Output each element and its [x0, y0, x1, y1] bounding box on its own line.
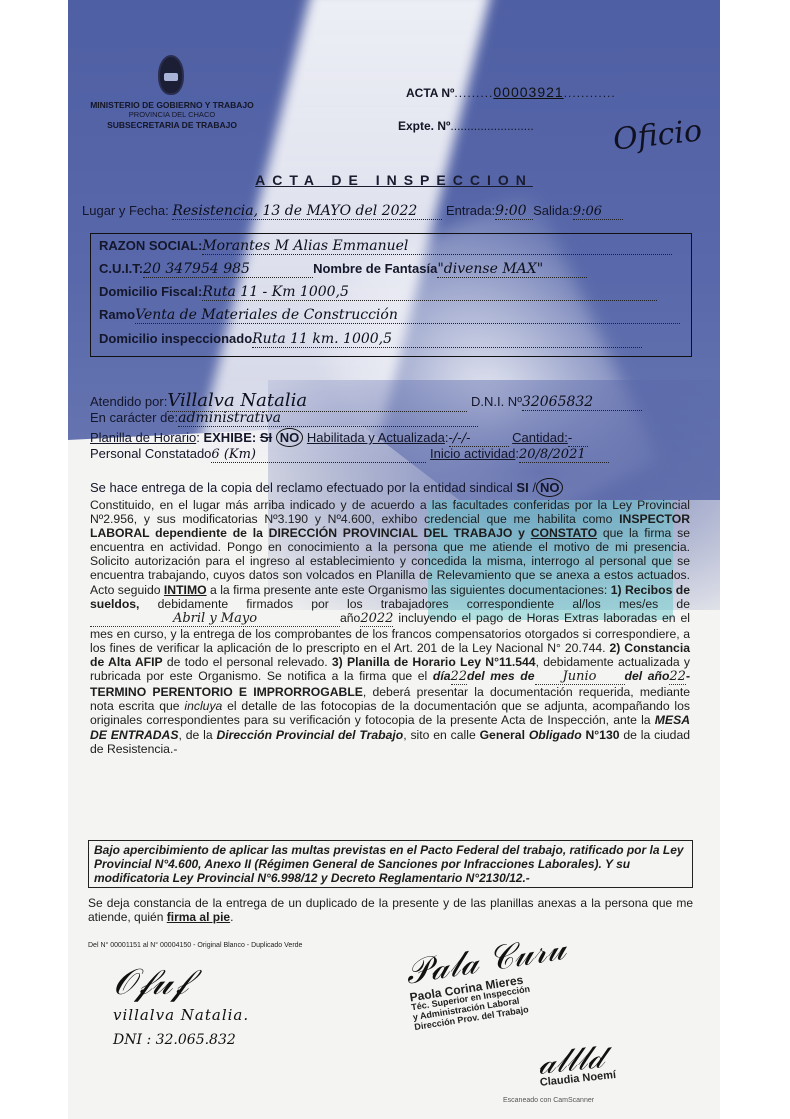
cantidad-label: Cantidad: [512, 430, 568, 445]
meses-value: Abril y Mayo [90, 612, 340, 627]
signature-attended: 𝒪𝒻𝓊𝒻 villalva Natalia. DNI : 32.065.832 [113, 962, 249, 1048]
domicilio-fiscal-value: Ruta 11 - Km 1000,5 [202, 284, 657, 301]
caracter-row: En carácter de:administrativa [90, 410, 478, 427]
domicilio-inspeccionado-row: Domicilio inspeccionadoRuta 11 km. 1000,… [99, 331, 642, 348]
salida-value: 9:06 [573, 204, 623, 220]
domicilio-fiscal-label: Domicilio Fiscal: [99, 284, 202, 299]
province-name: PROVINCIA DEL CHACO [72, 110, 272, 120]
dni-value: 32065832 [522, 394, 642, 411]
dia-label: día [433, 669, 451, 683]
signature-scribble: 𝒪𝒻𝓊𝒻 [113, 962, 249, 1004]
atendido-value: Villalva Natalia [167, 390, 467, 412]
acta-number-field: ACTA Nº.........00003921............ [406, 84, 616, 100]
personal-row: Personal Constatado6 (Km) Inicio activid… [90, 446, 609, 463]
empresa-box: RAZON SOCIAL:Morantes M Alias Emmanuel C… [90, 233, 692, 357]
domicilio-fiscal-row: Domicilio Fiscal:Ruta 11 - Km 1000,5 [99, 284, 657, 301]
body-obligado: Obligado [529, 728, 582, 742]
acta-number: 00003921 [493, 84, 563, 100]
ministry-name: MINISTERIO DE GOBIERNO Y TRABAJO [72, 100, 272, 110]
inspection-document: MINISTERIO DE GOBIERNO Y TRABAJO PROVINC… [68, 0, 720, 1119]
argentina-coat-of-arms-icon [158, 55, 184, 95]
domicilio-insp-label: Domicilio inspeccionado [99, 331, 252, 346]
caracter-value: administrativa [178, 410, 478, 427]
body-general: General [480, 728, 525, 742]
razon-social-value: Morantes M Alias Emmanuel [202, 238, 672, 255]
signature-inspector: 𝒫𝒶𝓁𝒶 𝒞𝓊𝓇𝓊 Paola Corina Mieres Téc. Super… [403, 928, 575, 1032]
personal-label: Personal Constatado [90, 446, 211, 461]
expte-label: Expte. Nº [398, 119, 450, 133]
expte-value: Oficio [611, 113, 703, 157]
planilla-label: Planilla de Horario [90, 430, 196, 445]
caracter-label: En carácter de: [90, 410, 178, 425]
body-paragraph: Constituido, en el lugar más arriba indi… [90, 498, 690, 756]
constancia-end: . [230, 910, 233, 924]
domicilio-insp-value: Ruta 11 km. 1000,5 [252, 331, 642, 348]
dia-value: 22 [451, 669, 468, 685]
subsecretaria-name: SUBSECRETARIA DE TRABAJO [72, 120, 272, 130]
entrada-value: 9:00 [495, 203, 533, 220]
signature-second-inspector: 𝒶𝓁𝓁𝓁𝒹 Claudia Noemí [536, 1036, 617, 1089]
page-title: ACTA DE INSPECCION [68, 172, 720, 188]
ministry-header: MINISTERIO DE GOBIERNO Y TRABAJO PROVINC… [72, 100, 272, 130]
inicio-value: 20/8/2021 [519, 447, 609, 463]
razon-social-row: RAZON SOCIAL:Morantes M Alias Emmanuel [99, 238, 672, 255]
cantidad-value: - [568, 431, 588, 447]
body-y: y [512, 526, 530, 540]
mes-label: del mes de [467, 669, 534, 683]
scanner-watermark: Escaneado con CamScanner [503, 1097, 594, 1104]
anio-label: año [340, 611, 360, 625]
fantasia-value: "divense MAX" [437, 261, 587, 278]
body-direccion: Dirección Provincial del Trabajo [216, 728, 403, 742]
salida-label: Salida: [533, 203, 573, 218]
expte-field: Expte. Nº......................... [398, 119, 534, 133]
ramo-label: Ramo [99, 307, 135, 322]
atendido-label: Atendido por: [90, 394, 167, 409]
habilitada-label: Habilitada y Actualizada [307, 430, 445, 445]
body-p1: Constituido, en el lugar más arriba indi… [90, 498, 690, 526]
lugar-fecha-row: Lugar y Fecha: Resistencia, 13 de MAYO d… [82, 203, 623, 220]
lugar-fecha-value: Resistencia, 13 de MAYO del 2022 [172, 203, 442, 220]
habilitada-value: -/-/- [449, 431, 509, 447]
dni-label: D.N.I. Nº [471, 394, 522, 409]
sindical-row: Se hace entrega de la copia del reclamo … [90, 478, 563, 497]
sanctions-warning-box: Bajo apercibimiento de aplicar las multa… [88, 840, 693, 888]
ramo-value: Venta de Materiales de Construcción [135, 307, 680, 324]
cuit-row: C.U.I.T:20 347954 985Nombre de Fantasía"… [99, 261, 587, 278]
firma-al-pie: firma al pie [167, 910, 230, 924]
mes-value: Junio [535, 670, 625, 685]
cuit-label: C.U.I.T: [99, 261, 143, 276]
body-numero: N°130 [586, 728, 620, 742]
planilla-row: Planilla de Horario: EXHIBE: SI NO Habil… [90, 428, 588, 447]
body-p11: , sito en calle [403, 728, 479, 742]
anio2-value: 22 [669, 669, 686, 685]
body-p4: debidamente firmados por los trabajadore… [139, 597, 690, 611]
body-incluya: incluya [184, 699, 222, 713]
body-item3: 3) Planilla de Horario Ley N°11.544 [332, 655, 536, 669]
sindical-text: Se hace entrega de la copia del reclamo … [90, 480, 513, 495]
anio2-label: del año [625, 669, 670, 683]
sindical-no-option: NO [536, 478, 564, 497]
body-constato: CONSTATO [531, 526, 597, 540]
body-intimo: INTIMO [164, 583, 207, 597]
acta-label: ACTA Nº [406, 86, 454, 100]
sindical-si-option: SI [516, 480, 528, 495]
atendido-row: Atendido por:Villalva Natalia D.N.I. Nº3… [90, 390, 642, 412]
ramo-row: RamoVenta de Materiales de Construcción [99, 307, 680, 324]
inicio-label: Inicio actividad [430, 446, 515, 461]
lugar-fecha-label: Lugar y Fecha: [82, 203, 169, 218]
body-p10: , de la [179, 728, 217, 742]
personal-value: 6 (Km) [211, 447, 426, 463]
body-p3: a la firma presente ante este Organismo … [207, 583, 611, 597]
razon-social-label: RAZON SOCIAL: [99, 238, 202, 253]
constancia-paragraph: Se deja constancia de la entrega de un d… [88, 896, 693, 924]
exhibe-no-option: NO [276, 428, 304, 447]
signer-dni: DNI : 32.065.832 [113, 1032, 249, 1048]
fantasia-label: Nombre de Fantasía [313, 261, 437, 276]
exhibe-label: EXHIBE: [203, 430, 256, 445]
anio-value: 2022 [360, 611, 393, 627]
signer-name: villalva Natalia. [113, 1006, 249, 1024]
exhibe-si-option: SI [260, 430, 272, 445]
body-p6: de todo el personal relevado. [163, 655, 332, 669]
entrada-label: Entrada: [446, 203, 495, 218]
serial-range: Del N° 00001151 al N° 00004150 - Origina… [88, 942, 302, 949]
cuit-value: 20 347954 985 [143, 261, 313, 278]
